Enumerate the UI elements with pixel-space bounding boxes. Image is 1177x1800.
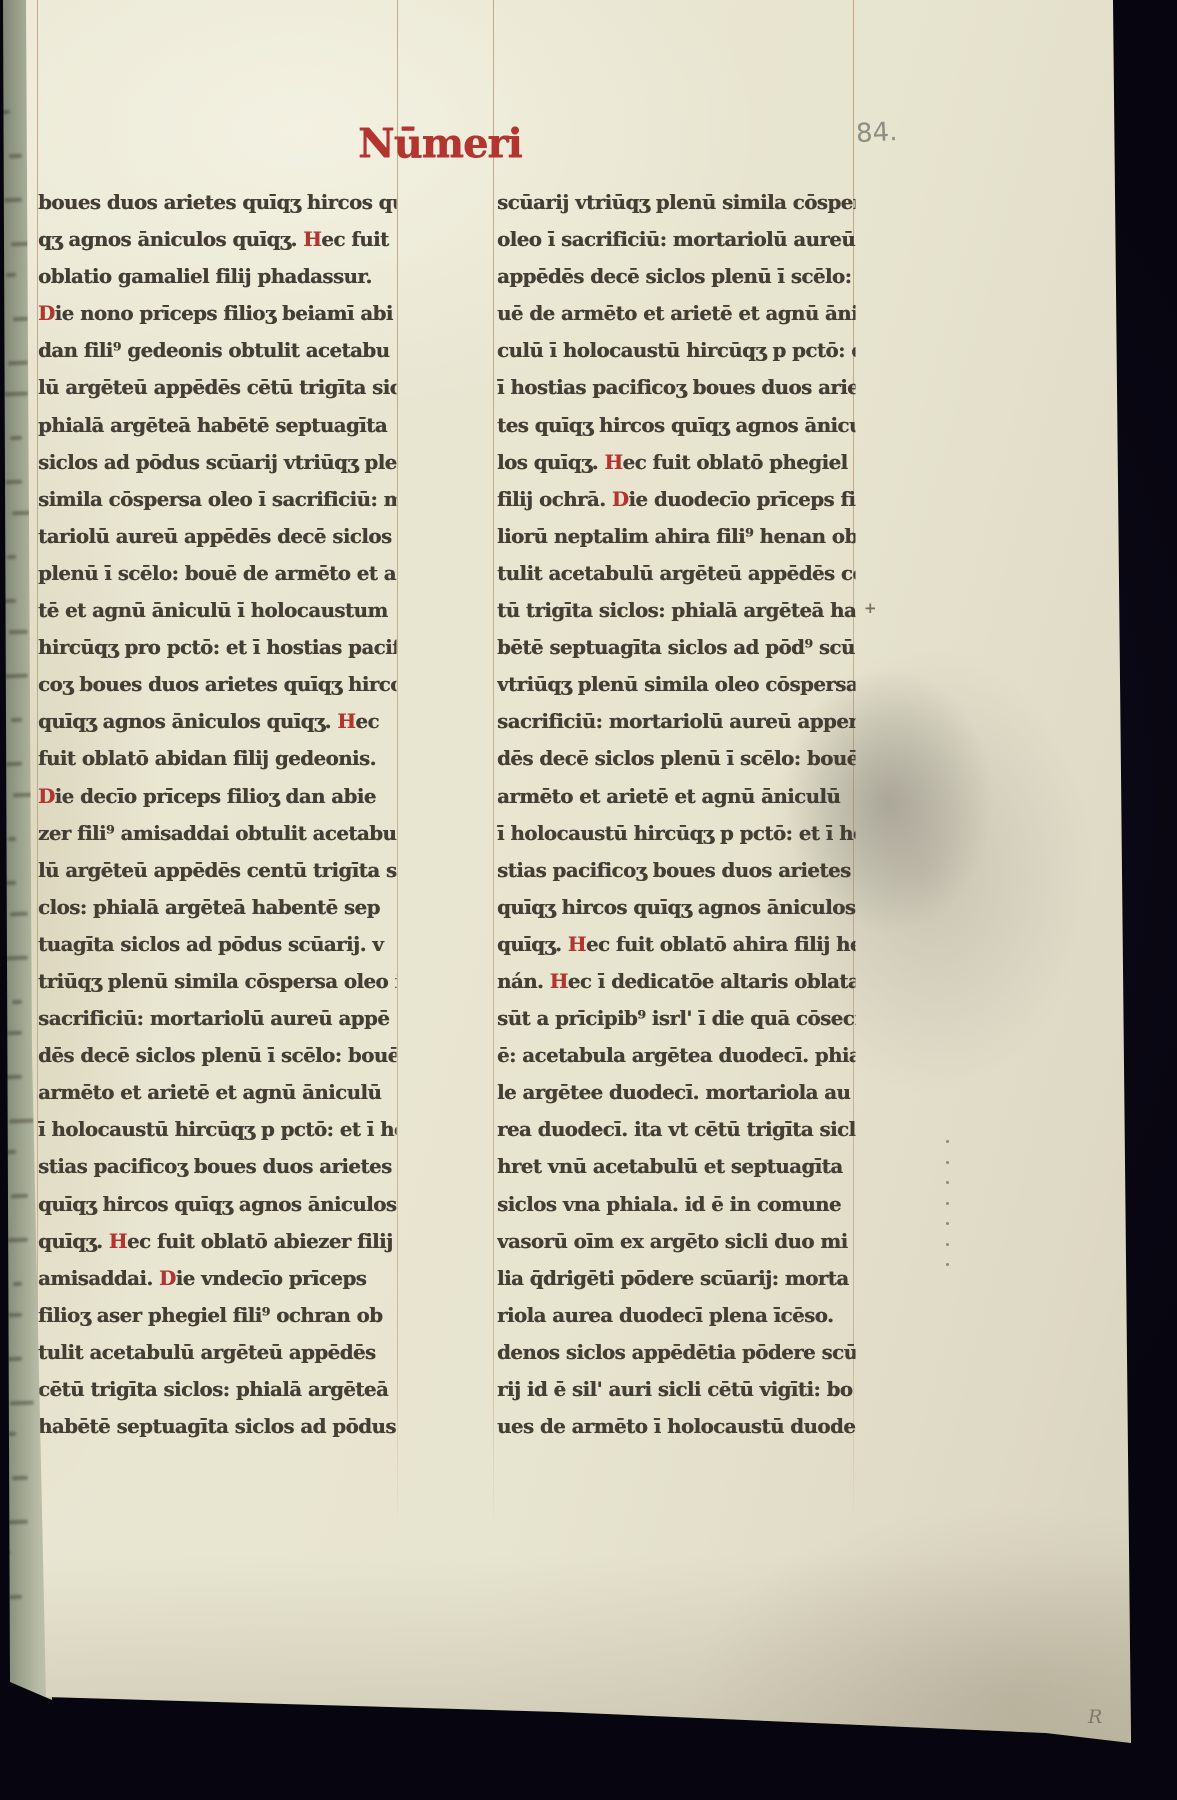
page-bottom-shading <box>30 1555 1130 1745</box>
text-line: plenū ī scēlo: bouē de armēto et arie <box>38 561 397 598</box>
text-line: ī holocaustū hircūqʒ p pctō: et ī ho <box>38 1117 397 1154</box>
text-line: ī hostias pacificoʒ boues duos arie <box>497 375 856 412</box>
text-line: rij id ē sil' auri sicli cētū vigīti: bo <box>497 1377 856 1414</box>
text-line: vtriūqʒ plenū simila oleo cōspersa ī <box>497 672 856 709</box>
text-line: stias pacificoʒ boues duos arietes <box>497 858 856 895</box>
text-line: sacrificiū: mortariolū aureū appē <box>38 1006 397 1043</box>
text-line: lū argēteū appēdēs centū trigīta si <box>38 858 397 895</box>
text-line: tes quīqʒ hircos quīqʒ agnos ānicu <box>497 413 856 450</box>
folio-number: 84. <box>855 117 898 149</box>
text-line: Die nono prīceps filioʒ beiamī abi <box>38 301 397 338</box>
text-line: hircūqʒ pro pctō: et ī hostias pacifi <box>38 635 397 672</box>
text-line: tū trigīta siclos: phialā argēteā ha <box>497 598 856 635</box>
text-line: siclos vna phiala. id ē in comune <box>497 1192 856 1229</box>
text-line: denos siclos appēdētia pōdere scūa <box>497 1340 856 1377</box>
text-line: nán. Hec ī dedicatōe altaris oblata <box>497 969 856 1006</box>
text-line: cētū trigīta siclos: phialā argēteā <box>38 1377 397 1414</box>
text-line: quīqʒ agnos āniculos quīqʒ. Hec <box>38 709 397 746</box>
text-line: ues de armēto ī holocaustū duodec <box>497 1414 856 1451</box>
text-line: bētē septuagīta siclos ad pōd⁹ scūarij <box>497 635 856 672</box>
text-line: scūarij vtriūqʒ plenū simila cōspersa <box>497 190 856 227</box>
text-line: stias pacificoʒ boues duos arietes <box>38 1154 397 1191</box>
text-line: fuit oblatō abidan filij gedeonis. <box>38 746 397 783</box>
text-line: dēs decē siclos plenū ī scēlo: bouē de <box>38 1043 397 1080</box>
text-line: armēto et arietē et agnū āniculū <box>38 1080 397 1117</box>
text-line: clos: phialā argēteā habentē sep <box>38 895 397 932</box>
text-line: siclos ad pōdus scūarij vtriūqʒ plenū <box>38 450 397 487</box>
text-line: tariolū aureū appēdēs decē siclos <box>38 524 397 561</box>
text-line: liorū neptalim ahira fili⁹ henan ob <box>497 524 856 561</box>
text-line: sacrificiū: mortariolū aureū appen <box>497 709 856 746</box>
text-line: oblatio gamaliel filij phadassur. <box>38 264 397 301</box>
text-line: amisaddai. Die vndecīo prīceps <box>38 1266 397 1303</box>
text-line: los quīqʒ. Hec fuit oblatō phegiel <box>497 450 856 487</box>
text-line: filij ochrā. Die duodecīo prīceps fi <box>497 487 856 524</box>
text-line: riola aurea duodecī plena īcēso. <box>497 1303 856 1340</box>
text-line: appēdēs decē siclos plenū ī scēlo: bo <box>497 264 856 301</box>
text-line: lia q̄drigēti pōdere scūarij: morta <box>497 1266 856 1303</box>
text-line: ē: acetabula argētea duodecī. phia <box>497 1043 856 1080</box>
text-line: Die decīo prīceps filioʒ dan abie <box>38 784 397 821</box>
photographed-manuscript: Nūmeri 84. boues duos arietes quīqʒ hirc… <box>0 0 1177 1800</box>
text-line: lū argēteū appēdēs cētū trigīta siclos: <box>38 375 397 412</box>
text-line: culū ī holocaustū hircūqʒ p pctō: et <box>497 338 856 375</box>
margin-cross-mark: + <box>864 599 877 617</box>
text-line: rea duodecī. ita vt cētū trigīta siclos <box>497 1117 856 1154</box>
text-line: boues duos arietes quīqʒ hircos quī <box>38 190 397 227</box>
text-line: armēto et arietē et agnū āniculū <box>497 784 856 821</box>
text-line: uē de armēto et arietē et agnū āni <box>497 301 856 338</box>
text-line: dan fili⁹ gedeonis obtulit acetabu <box>38 338 397 375</box>
text-line: quīqʒ hircos quīqʒ agnos āniculos <box>497 895 856 932</box>
text-line: zer fili⁹ amisaddai obtulit acetabu <box>38 821 397 858</box>
text-line: filioʒ aser phegiel fili⁹ ochran ob <box>38 1303 397 1340</box>
text-column-left: boues duos arietes quīqʒ hircos quīqʒ ag… <box>38 190 402 1451</box>
text-line: coʒ boues duos arietes quīqʒ hircos <box>38 672 397 709</box>
text-line: triūqʒ plenū simila cōspersa oleo in <box>38 969 397 1006</box>
text-line: dēs decē siclos plenū ī scēlo: bouē de <box>497 746 856 783</box>
ruling-line-intercolumn-right <box>493 0 494 1528</box>
text-line: tē et agnū āniculū ī holocaustum <box>38 598 397 635</box>
running-title: Nūmeri <box>358 124 522 164</box>
text-column-right: scūarij vtriūqʒ plenū simila cōspersaole… <box>497 190 861 1451</box>
text-line: ī holocaustū hircūqʒ p pctō: et ī ho <box>497 821 856 858</box>
manuscript-page: Nūmeri 84. boues duos arietes quīqʒ hirc… <box>0 0 1177 1800</box>
text-line: hret vnū acetabulū et septuagīta <box>497 1154 856 1191</box>
text-line: qʒ agnos āniculos quīqʒ. Hec fuit <box>38 227 397 264</box>
text-line: vasorū oīm ex argēto sicli duo mi <box>497 1229 856 1266</box>
text-line: sūt a prīcipib⁹ isrl' ī die quā cōsecrat… <box>497 1006 856 1043</box>
text-line: quīqʒ. Hec fuit oblatō abiezer filij <box>38 1229 397 1266</box>
text-line: quīqʒ. Hec fuit oblatō ahira filij he <box>497 932 856 969</box>
text-line: phialā argēteā habētē septuagīta <box>38 413 397 450</box>
text-line: simila cōspersa oleo ī sacrificiū: mor <box>38 487 397 524</box>
text-line: tulit acetabulū argēteū appēdēs cē <box>497 561 856 598</box>
pricking-dots <box>946 1140 950 1290</box>
text-line: oleo ī sacrificiū: mortariolū aureū <box>497 227 856 264</box>
text-line: tuagīta siclos ad pōdus scūarij. v <box>38 932 397 969</box>
text-line: habētē septuagīta siclos ad pōdus <box>38 1414 397 1451</box>
text-line: le argētee duodecī. mortariola au <box>497 1080 856 1117</box>
text-line: tulit acetabulū argēteū appēdēs <box>38 1340 397 1377</box>
text-line: quīqʒ hircos quīqʒ agnos āniculos <box>38 1192 397 1229</box>
